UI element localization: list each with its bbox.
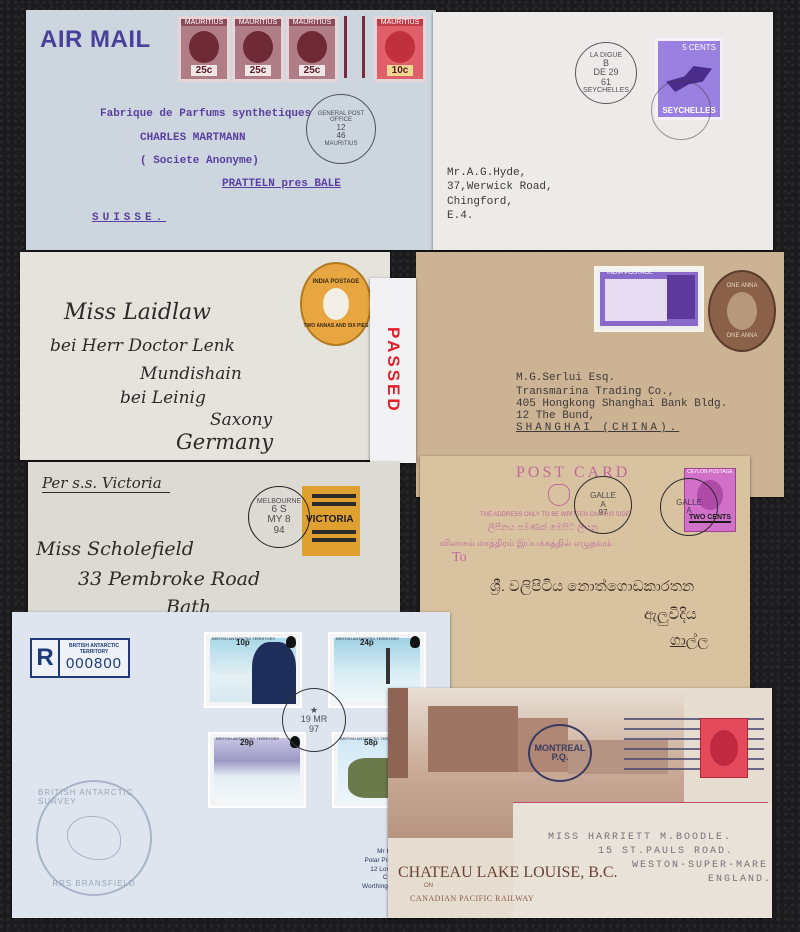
mauritius-stamp-25c: MAURITIUS 25c — [178, 16, 230, 82]
chateau-lake-louise-card: MONTREAL P.Q. CHATEAU LAKE LOUISE, B.C. … — [388, 688, 772, 918]
gutter-line — [344, 16, 347, 78]
handwritten-address: ඇලුවිදිය — [644, 606, 697, 623]
address-block: Mr.A.G.Hyde, 37,Werwick Road, Chingford,… — [447, 166, 553, 223]
antarctica-map-icon — [67, 816, 121, 860]
mauritius-stamp-25c: MAURITIUS 25c — [286, 16, 338, 82]
la-digue-postmark: LA DIGUE B DE 29 61 SEYCHELLES — [575, 42, 637, 104]
route-note: Per s.s. Victoria — [42, 474, 170, 493]
railway-subtitle: CANADIAN PACIFIC RAILWAY — [410, 894, 534, 903]
galle-postmark: GALLE A 97 — [574, 476, 632, 534]
handwritten-address: Mundishain — [140, 364, 242, 384]
ceylon-post-card: POST CARD THE ADDRESS ONLY TO BE WRITTEN… — [420, 456, 750, 688]
handwritten-address: 33 Pembroke Road — [78, 568, 260, 590]
on-label: ON — [424, 883, 433, 889]
address-line: ENGLAND. — [708, 872, 772, 887]
mauritius-stamp-25c: MAURITIUS 25c — [232, 16, 284, 82]
queen-head-icon — [286, 636, 296, 648]
handwritten-address: Saxony — [210, 410, 272, 430]
british-antarctic-cover: R BRITISH ANTARCTIC TERRITORY 000800 BRI… — [12, 612, 450, 918]
victoria-stamp: VICTORIA — [302, 486, 360, 556]
king-portrait-icon — [727, 292, 757, 330]
handwritten-address: Miss Scholefield — [36, 538, 194, 560]
bas-bransfield-cachet: BRITISH ANTARCTIC SURVEY RRS BRANSFIELD — [36, 780, 152, 896]
address-line: PRATTELN pres BALE — [222, 178, 341, 190]
royal-arms-icon — [548, 484, 570, 506]
galle-postmark: GALLE A — [660, 478, 718, 536]
king-portrait-icon — [667, 275, 695, 319]
address-line: CHARLES MARTMANN — [140, 132, 246, 144]
melbourne-postmark: MELBOURNE 6 S MY 8 94 — [248, 486, 310, 548]
tamil-instruction: விலாசம் மாத்திரம் இப்பக்கத்தில் எழுதவும் — [440, 538, 612, 550]
registration-label: R BRITISH ANTARCTIC TERRITORY 000800 — [30, 638, 130, 678]
king-portrait-icon — [243, 31, 273, 63]
address-city: SHANGHAI (CHINA). — [516, 422, 679, 434]
india-postage-indicium: INDIA POSTAGE TWO ANNAS AND SIX PIES — [300, 262, 372, 346]
address-line: Transmarina Trading Co., — [516, 386, 674, 398]
montreal-postmark: MONTREAL P.Q. — [528, 724, 592, 782]
bat-postmark: ★ 19 MR 97 — [282, 688, 346, 752]
hotel-building-icon — [428, 706, 518, 772]
india-postage-stamp: INDIA POSTAGE — [594, 266, 704, 332]
queen-head-icon — [410, 636, 420, 648]
king-portrait-icon — [385, 31, 415, 63]
handwritten-address: ශ්‍රී. වලිපිටිය නොත්ගොඩකාරතන — [490, 578, 694, 595]
seychelles-cancel — [651, 80, 711, 140]
queen-portrait-icon — [323, 288, 349, 320]
address-line: 12 The Bund, — [516, 410, 595, 422]
handwritten-address: Miss Laidlaw — [64, 300, 211, 325]
king-portrait-icon — [297, 31, 327, 63]
address-line: 15 ST.PAULS ROAD. — [598, 844, 734, 859]
airmail-label: AIR MAIL — [40, 26, 151, 54]
ship-icon — [386, 648, 390, 684]
address-line: MISS HARRIETT M.BOODLE. — [548, 830, 732, 845]
address-line: Fabrique de Parfums synthetiques — [100, 108, 311, 120]
canada-stamp — [700, 718, 748, 778]
one-anna-indicium: ONE ANNA ONE ANNA — [708, 270, 776, 352]
mauritius-airmail-cover: AIR MAIL MAURITIUS 25c MAURITIUS 25c MAU… — [26, 10, 436, 250]
seychelles-cover: LA DIGUE B DE 29 61 SEYCHELLES 5 CENTS S… — [433, 12, 773, 250]
gpo-postmark: GENERAL POST OFFICE 12 46 MAURITIUS — [306, 94, 376, 164]
address-line: 405 Hongkong Shanghai Bank Bldg. — [516, 398, 727, 410]
chateau-title: CHATEAU LAKE LOUISE, B.C. — [398, 864, 618, 882]
king-portrait-icon — [189, 31, 219, 63]
officer-portrait-icon — [252, 642, 296, 704]
address-country: SUISSE. — [92, 212, 166, 224]
bat-stamp-10p: BRITISH ANTARCTIC TERRITORY 10p — [204, 632, 302, 708]
mauritius-stamp-10c: MAURITIUS 10c — [374, 16, 426, 82]
india-germany-cover: INDIA POSTAGE TWO ANNAS AND SIX PIES Mis… — [20, 252, 390, 460]
address-line: M.G.Serlui Esq. — [516, 372, 615, 384]
address-line: WESTON-SUPER-MARE — [632, 858, 768, 873]
address-line: ( Societe Anonyme) — [140, 155, 259, 167]
to-label: To — [452, 550, 467, 566]
bullock-cart-icon — [605, 279, 667, 321]
handwritten-address: Germany — [176, 430, 273, 454]
melbourne-cover: Per s.s. Victoria VICTORIA MELBOURNE 6 S… — [28, 462, 400, 612]
handwritten-address: Bath — [166, 596, 211, 612]
king-portrait-icon — [710, 730, 738, 766]
handwritten-address: bei Herr Doctor Lenk — [50, 336, 235, 356]
gutter-line — [362, 16, 365, 78]
censor-label: PASSED — [370, 278, 416, 463]
handwritten-address: bei Leinig — [120, 388, 206, 408]
handwritten-address: ගාල්ල — [670, 632, 709, 649]
